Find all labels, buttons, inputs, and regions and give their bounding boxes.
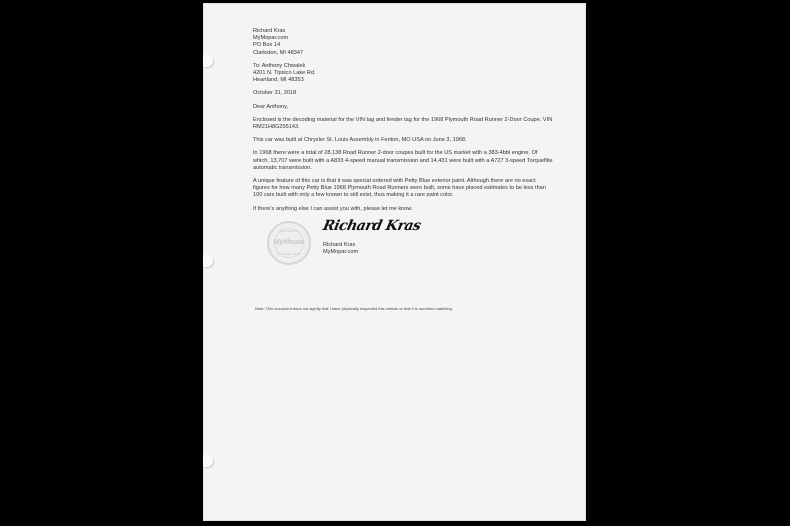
signer-company: MyMopar.com [323,249,358,256]
paragraph-production: In 1968 there were a total of 28,138 Roa… [253,150,553,172]
sender-city: Clarkston, MI 48347 [253,50,553,57]
punch-hole [203,55,213,67]
letter-date: October 31, 2018 [253,90,553,97]
handwritten-signature: Richard Kras [322,223,421,230]
signer-name: Richard Kras [323,242,358,249]
punch-hole [203,255,213,267]
recipient-address: To: Anthony Chwalek 4201 N. Tipsico Lake… [253,63,553,85]
signature-area: DECODED BY MyMopar RICHARD KRAS Richard … [253,219,553,269]
paragraph-paint: A unique feature of this car is that it … [253,178,553,200]
letter-body: Richard Kras MyMopar.com PO Box 14 Clark… [253,28,553,269]
sender-name: Richard Kras [253,28,553,35]
punch-hole [203,455,213,467]
sender-company: MyMopar.com [253,35,553,42]
recipient-city: Heartland, MI 48353 [253,77,553,84]
paragraph-enclosed: Enclosed is the decoding material for th… [253,117,553,131]
disclaimer-note: Note: This document does not signify tha… [255,306,453,311]
sender-address: Richard Kras MyMopar.com PO Box 14 Clark… [253,28,553,57]
sender-street: PO Box 14 [253,42,553,49]
recipient-name: To: Anthony Chwalek [253,63,553,70]
salutation: Dear Anthony, [253,104,553,111]
paragraph-closing: If there's anything else I can assist yo… [253,206,553,213]
recipient-street: 4201 N. Tipsico Lake Rd. [253,70,553,77]
decoded-by-stamp-icon: DECODED BY MyMopar RICHARD KRAS [267,221,311,265]
letter-page: Richard Kras MyMopar.com PO Box 14 Clark… [203,3,586,521]
signer-block: Richard Kras MyMopar.com [323,242,358,256]
paragraph-assembly: This car was built at Chrysler St. Louis… [253,137,553,144]
